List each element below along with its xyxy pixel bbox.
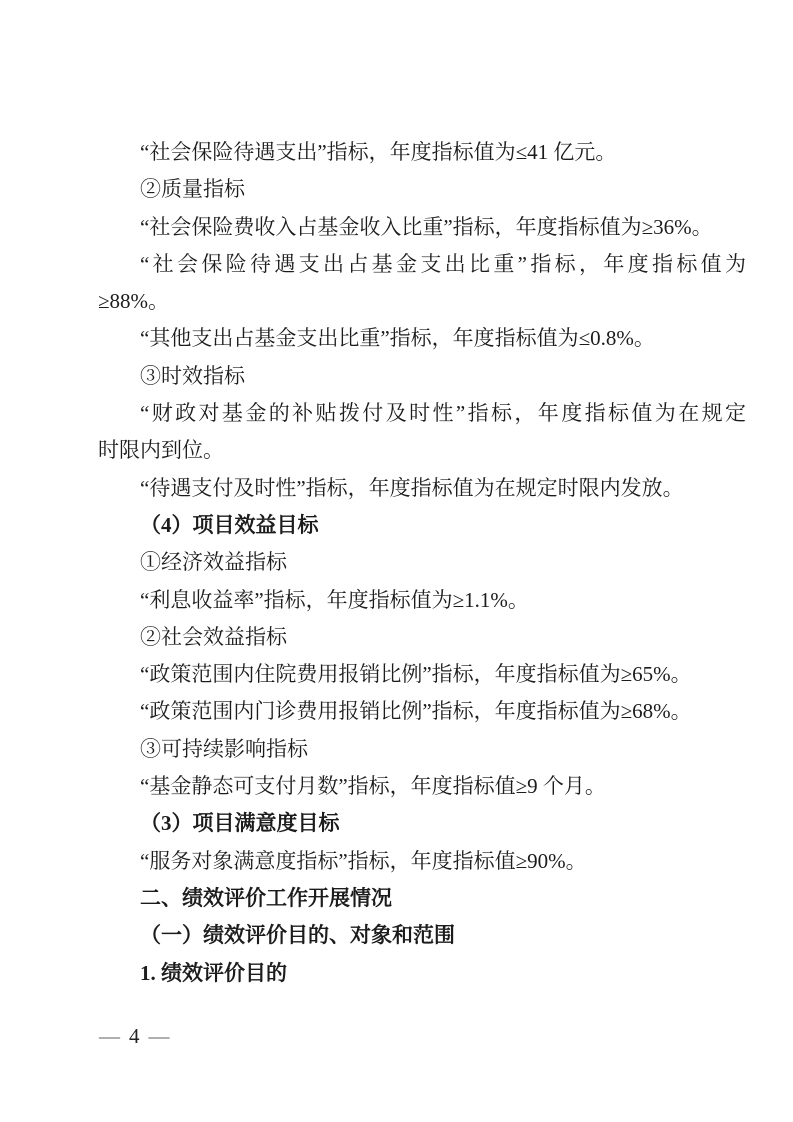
indicator-line-benefit-expense-ratio-part2: ≥88%。 xyxy=(98,283,746,320)
indicator-line-interest-yield: “利息收益率”指标，年度指标值为≥1.1%。 xyxy=(98,582,746,619)
indicator-line-fund-payable-months: “基金静态可支付月数”指标，年度指标值≥9 个月。 xyxy=(98,768,746,805)
indicator-line-fiscal-subsidy-timeliness-part2: 时限内到位。 xyxy=(98,432,746,469)
indicator-line-social-insurance-benefit-expense: “社会保险待遇支出”指标，年度指标值为≤41 亿元。 xyxy=(98,134,746,171)
document-page: “社会保险待遇支出”指标，年度指标值为≤41 亿元。 ②质量指标 “社会保险费收… xyxy=(0,0,793,1122)
heading-section-2-evaluation-work: 二、绩效评价工作开展情况 xyxy=(98,880,746,917)
indicator-line-outpatient-reimbursement-ratio: “政策范围内门诊费用报销比例”指标，年度指标值为≥68%。 xyxy=(98,693,746,730)
subheading-quality-indicators: ②质量指标 xyxy=(98,171,746,208)
indicator-line-benefit-payment-timeliness: “待遇支付及时性”指标，年度指标值为在规定时限内发放。 xyxy=(98,470,746,507)
indicator-line-benefit-expense-ratio-part1: “社会保险待遇支出占基金支出比重”指标，年度指标值为 xyxy=(98,246,746,283)
subheading-sustainable-impact-indicators: ③可持续影响指标 xyxy=(98,731,746,768)
page-number-value: 4 xyxy=(129,1024,140,1048)
page-number: —4— xyxy=(99,1022,170,1050)
indicator-line-fiscal-subsidy-timeliness-part1: “财政对基金的补贴拨付及时性”指标，年度指标值为在规定 xyxy=(98,395,746,432)
indicator-line-inpatient-reimbursement-ratio: “政策范围内住院费用报销比例”指标，年度指标值为≥65%。 xyxy=(98,656,746,693)
heading-project-satisfaction-goal: （3）项目满意度目标 xyxy=(98,805,746,842)
subheading-timeliness-indicators: ③时效指标 xyxy=(98,358,746,395)
indicator-line-premium-income-ratio: “社会保险费收入占基金收入比重”指标，年度指标值为≥36%。 xyxy=(98,209,746,246)
indicator-line-service-satisfaction: “服务对象满意度指标”指标，年度指标值≥90%。 xyxy=(98,843,746,880)
indicator-line-other-expense-ratio: “其他支出占基金支出比重”指标，年度指标值为≤0.8%。 xyxy=(98,320,746,357)
heading-project-benefit-goal: （4）项目效益目标 xyxy=(98,507,746,544)
heading-evaluation-purpose: 1. 绩效评价目的 xyxy=(98,955,746,992)
heading-evaluation-purpose-object-scope: （一）绩效评价目的、对象和范围 xyxy=(98,917,746,954)
document-text-block: “社会保险待遇支出”指标，年度指标值为≤41 亿元。 ②质量指标 “社会保险费收… xyxy=(98,134,746,992)
page-number-dash-right: — xyxy=(149,1024,170,1048)
subheading-social-benefit-indicators: ②社会效益指标 xyxy=(98,619,746,656)
subheading-economic-benefit-indicators: ①经济效益指标 xyxy=(98,544,746,581)
page-number-dash-left: — xyxy=(99,1024,120,1048)
